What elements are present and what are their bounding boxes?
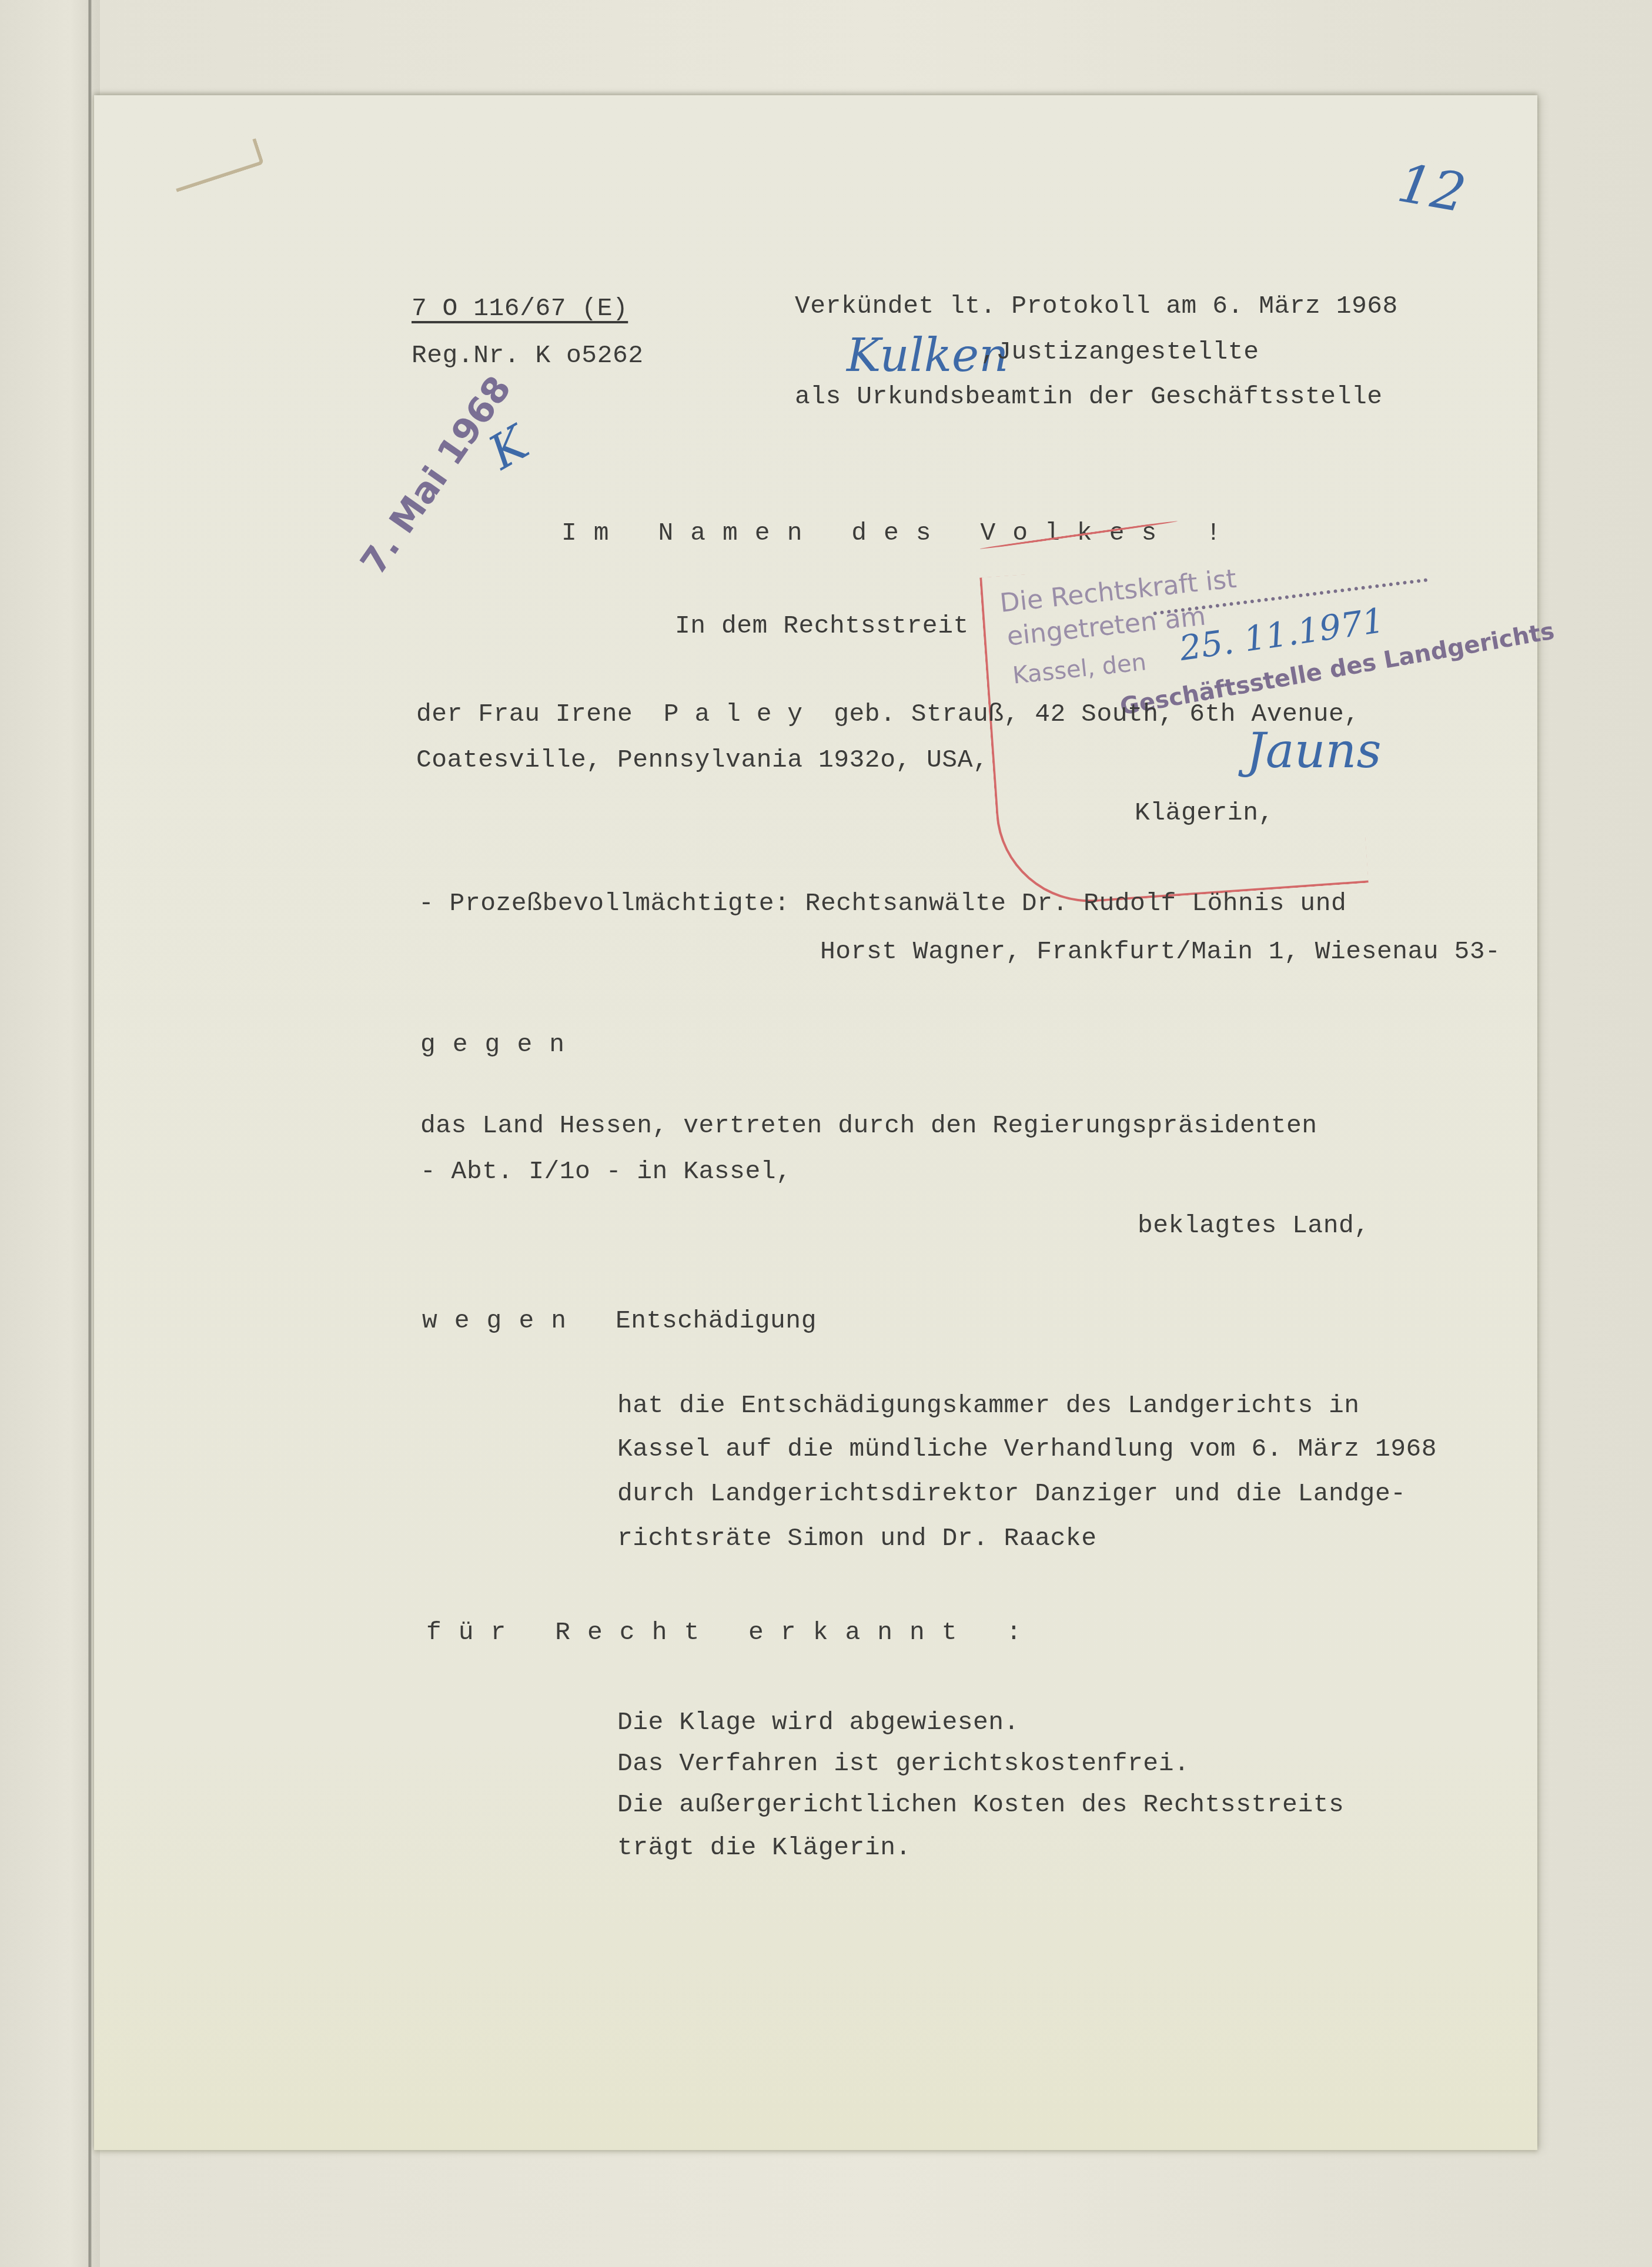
verdict-item: Das Verfahren ist gerichtskostenfrei. [617,1749,1189,1778]
register-number: Reg.Nr. K o5262 [412,341,644,370]
court-line1: hat die Entschädigungskammer des Landger… [617,1391,1360,1420]
page-number: 12 [1393,152,1470,225]
legal-force-signature: Jauns [1246,723,1381,779]
subject-label: wegen [422,1306,583,1335]
announcement-line: Verkündet lt. Protokoll am 6. März 1968 [795,292,1398,320]
verdict-heading: Im Namen des Volkes ! [561,519,1238,547]
binder-strip [0,0,100,2267]
defendant-role: beklagtes Land, [1138,1211,1370,1240]
subject-value: Entschädigung [616,1306,817,1335]
court-line3: durch Landgerichtsdirektor Danziger und … [617,1479,1406,1508]
verdict-item: Die außergerichtlichen Kosten des Rechts… [617,1790,1344,1819]
case-number: 7 O 116/67 (E) [412,294,628,323]
counsel-line1: - Prozeßbevollmächtigte: Rechtsanwälte D… [419,889,1346,918]
plaintiff-line1: der Frau Irene P a l e y geb. Strauß, 42… [416,700,1360,728]
defendant-line1: das Land Hessen, vertreten durch den Reg… [420,1111,1317,1140]
verdict-item: trägt die Klägerin. [617,1833,911,1862]
clerk-title: ,Justizangestellte [981,337,1259,366]
plaintiff-line2: Coatesville, Pennsylvania 1932o, USA, [416,745,988,774]
binder-edge-line [88,0,92,2267]
counsel-line2: Horst Wagner, Frankfurt/Main 1, Wiesenau… [820,937,1500,966]
against-label: gegen [420,1030,581,1059]
court-line2: Kassel auf die mündliche Verhandlung vom… [617,1435,1437,1463]
court-line4: richtsräte Simon und Dr. Raacke [617,1524,1096,1553]
plaintiff-role: Klägerin, [1135,798,1274,827]
verdict-item: Die Klage wird abgewiesen. [617,1708,1019,1737]
defendant-line2: - Abt. I/1o - in Kassel, [420,1157,791,1186]
clerk-role: als Urkundsbeamtin der Geschäftsstelle [795,382,1383,411]
judgment-heading: für Recht erkannt : [426,1618,1038,1647]
intro-line: In dem Rechtsstreit [675,611,969,640]
